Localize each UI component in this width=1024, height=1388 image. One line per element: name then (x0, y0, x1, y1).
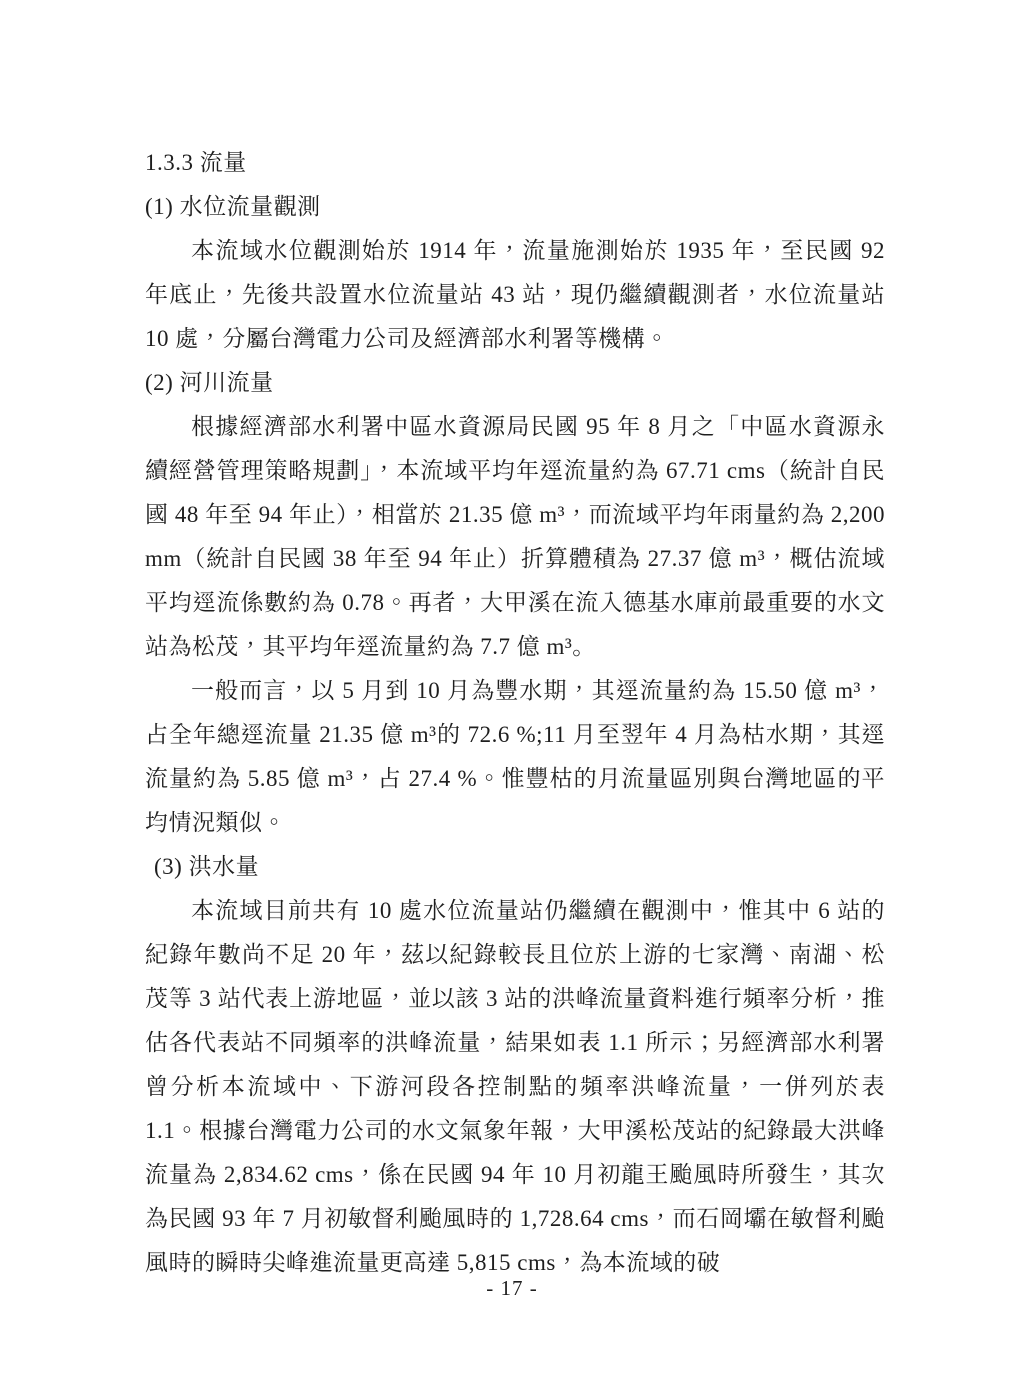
section-heading-flow: 1.3.3 流量 (145, 141, 885, 185)
subsection-heading-stage-flow-observation: (1) 水位流量觀測 (145, 185, 885, 229)
page-content: 1.3.3 流量 (1) 水位流量觀測 本流域水位觀測始於 1914 年，流量施… (145, 141, 885, 1285)
paragraph-wet-dry-season: 一般而言，以 5 月到 10 月為豐水期，其逕流量約為 15.50 億 m³，占… (145, 669, 885, 845)
document-page: 1.3.3 流量 (1) 水位流量觀測 本流域水位觀測始於 1914 年，流量施… (0, 0, 1024, 1388)
paragraph-river-flow-statistics: 根據經濟部水利署中區水資源局民國 95 年 8 月之「中區水資源永續經營管理策略… (145, 405, 885, 669)
page-footer: - 17 - (0, 1276, 1024, 1301)
subsection-heading-river-flow: (2) 河川流量 (145, 361, 885, 405)
subsection-heading-flood-volume: (3) 洪水量 (145, 845, 885, 889)
paragraph-flood-peak-analysis: 本流域目前共有 10 處水位流量站仍繼續在觀測中，惟其中 6 站的紀錄年數尚不足… (145, 889, 885, 1285)
paragraph-stage-flow-observation: 本流域水位觀測始於 1914 年，流量施測始於 1935 年，至民國 92 年底… (145, 229, 885, 361)
page-number: - 17 - (486, 1276, 538, 1300)
